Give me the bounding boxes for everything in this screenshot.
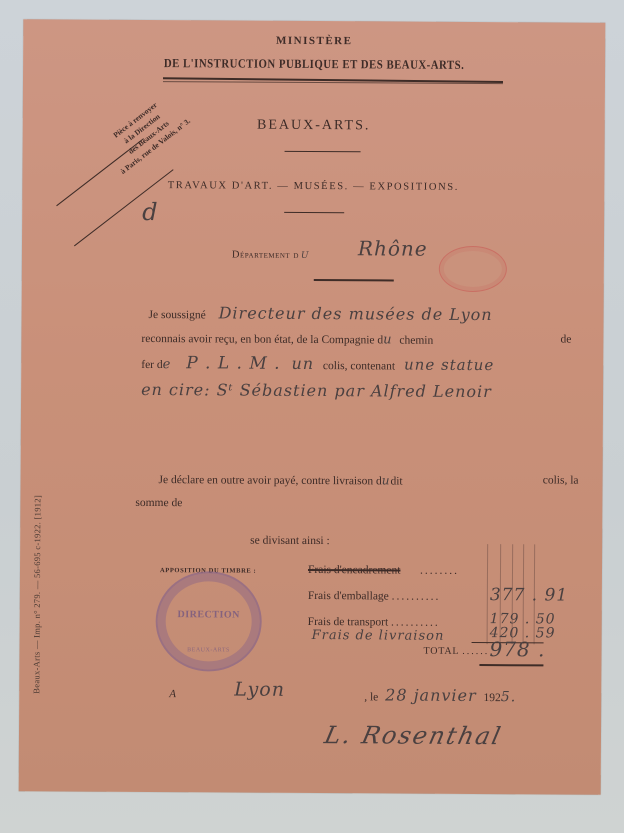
total-label: TOTAL ...... <box>423 646 489 657</box>
receipt-line-1: Je soussigné Directeur des musées de Lyo… <box>149 303 493 324</box>
total-underline <box>479 664 543 666</box>
handwritten-initial: d <box>142 198 159 226</box>
direction-stamp: DIRECTION BEAUX-ARTS <box>155 571 262 672</box>
payment-line-3: se divisant ainsi : <box>250 535 330 547</box>
fee-row-framing: Frais d'encadrement <box>308 564 401 577</box>
red-postmark-stamp <box>439 246 507 292</box>
fee-row-transport: Frais de transport .......... <box>308 616 440 629</box>
department-value: Rhône <box>358 236 428 260</box>
fee-row-delivery: Frais de livraison <box>312 628 445 644</box>
receipt-line-2: reconnais avoir reçu, en bon état, de la… <box>141 331 581 349</box>
fee-row-packing: Frais d'emballage .......... <box>308 590 441 603</box>
amount-column-line <box>487 544 489 644</box>
railway-company: P . L . M . <box>186 353 280 374</box>
payment-line-1: Je déclare en outre avoir payé, contre l… <box>159 472 579 489</box>
receipt-line-3: fer de P . L . M . un colis, contenant u… <box>141 353 581 376</box>
signatory-title: Directeur des musées de Lyon <box>219 303 493 324</box>
section-divider <box>285 151 361 152</box>
department-label: Département du <box>232 247 310 262</box>
total-amount: 978 . <box>489 637 545 661</box>
payment-line-2: somme de <box>135 497 182 509</box>
return-notice: Pièce à renvoyer à la Direction des Beau… <box>56 127 197 248</box>
department-underline <box>314 279 394 281</box>
receipt-document: MINISTÈRE DE L'INSTRUCTION PUBLIQUE ET D… <box>19 19 606 795</box>
package-content: une statue <box>404 356 494 375</box>
place-prefix: A <box>169 688 176 700</box>
subsection-divider <box>284 212 344 213</box>
package-description: en cire: Sᵗ Sébastien par Alfred Lenoir <box>141 380 492 401</box>
fee-amount-packing: 377 . 91 <box>490 585 568 605</box>
date-line: , le 28 janvier 1925. <box>364 685 516 705</box>
ministry-title: MINISTÈRE <box>23 33 605 49</box>
ministry-subtitle: DE L'INSTRUCTION PUBLIQUE ET DES BEAUX-A… <box>64 55 565 73</box>
signature: L. Rosenthal <box>322 721 505 750</box>
place-value: Lyon <box>234 679 285 701</box>
date-value: 28 janvier <box>385 685 477 705</box>
printer-imprint: Beaux-Arts — Imp. n° 279. — 56-695 c-192… <box>31 474 42 714</box>
